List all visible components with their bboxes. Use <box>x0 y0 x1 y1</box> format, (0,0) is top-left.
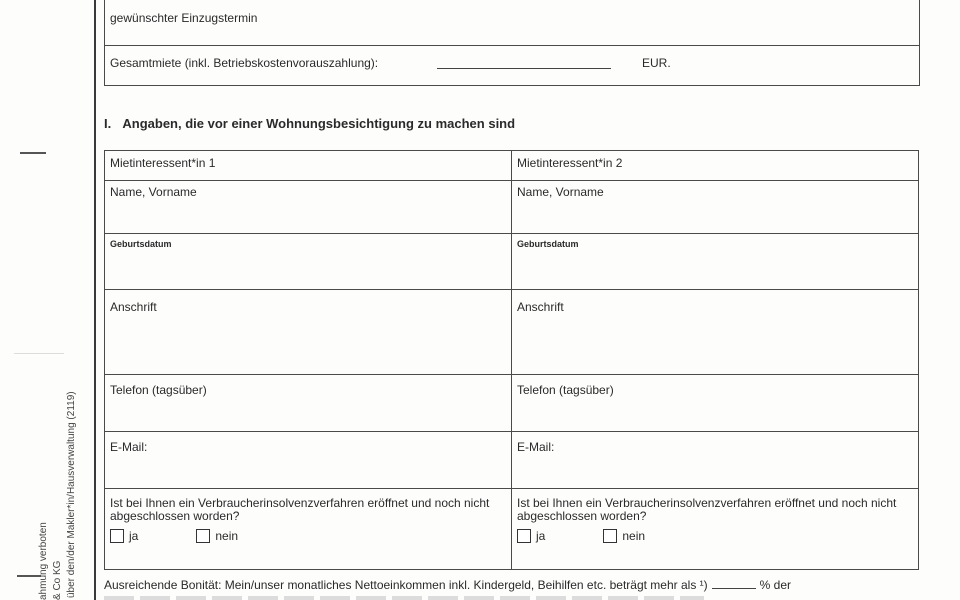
applicant-1-insolvency-cell: Ist bei Ihnen ein Verbraucherinsolvenzve… <box>105 489 512 570</box>
margin-note: ahmung verboten <box>38 522 49 600</box>
section-title: Angaben, die vor einer Wohnungsbesichtig… <box>122 116 515 131</box>
phone-label: Telefon (tagsüber) <box>110 383 207 397</box>
section-heading: I. Angaben, die vor einer Wohnungsbesich… <box>104 116 515 131</box>
applicant-2-email-field[interactable]: E-Mail: <box>512 432 919 489</box>
insolvency-yes-checkbox[interactable]: ja <box>110 529 138 543</box>
checkbox-icon[interactable] <box>603 529 617 543</box>
birthdate-label: Geburtsdatum <box>110 239 172 249</box>
name-label: Name, Vorname <box>517 185 604 199</box>
applicant-2-phone-field[interactable]: Telefon (tagsüber) <box>512 375 919 432</box>
total-rent-unit: EUR. <box>642 56 671 70</box>
yes-label: ja <box>536 530 545 543</box>
move-in-date-field[interactable]: gewünschter Einzugstermin <box>105 0 919 46</box>
section-number: I. <box>104 116 111 131</box>
margin-note: & Co KG <box>52 561 63 600</box>
cut-off-text-line <box>104 596 704 600</box>
insolvency-no-checkbox[interactable]: nein <box>603 529 645 543</box>
applicant-2-insolvency-cell: Ist bei Ihnen ein Verbraucherinsolvenzve… <box>512 489 919 570</box>
no-label: nein <box>215 530 238 543</box>
move-in-rent-box: gewünschter Einzugstermin Gesamtmiete (i… <box>104 0 920 86</box>
applicant-1-phone-field[interactable]: Telefon (tagsüber) <box>105 375 512 432</box>
email-label: E-Mail: <box>517 440 554 454</box>
creditworthiness-suffix: % der <box>760 578 791 592</box>
applicant-1-email-field[interactable]: E-Mail: <box>105 432 512 489</box>
applicant-1-address-field[interactable]: Anschrift <box>105 290 512 375</box>
margin-note: über den/der Makler*in/Hausverwaltung (2… <box>66 391 77 598</box>
total-rent-input[interactable] <box>437 68 611 69</box>
total-rent-row: Gesamtmiete (inkl. Betriebskostenvorausz… <box>105 46 919 84</box>
applicant-1-birthdate-field[interactable]: Geburtsdatum <box>105 234 512 290</box>
applicant-1-name-field[interactable]: Name, Vorname <box>105 181 512 234</box>
applicant-2-header: Mietinteressent*in 2 <box>512 151 919 181</box>
applicant-2-name-field[interactable]: Name, Vorname <box>512 181 919 234</box>
punch-mark <box>14 353 64 354</box>
address-label: Anschrift <box>517 300 564 314</box>
margin-rule <box>94 0 96 600</box>
income-percent-input[interactable] <box>712 588 756 589</box>
yes-label: ja <box>129 530 138 543</box>
insolvency-yes-checkbox[interactable]: ja <box>517 529 545 543</box>
applicant-table: Mietinteressent*in 1 Mietinteressent*in … <box>104 150 919 570</box>
checkbox-icon[interactable] <box>110 529 124 543</box>
no-label: nein <box>622 530 645 543</box>
applicant-2-birthdate-field[interactable]: Geburtsdatum <box>512 234 919 290</box>
phone-label: Telefon (tagsüber) <box>517 383 614 397</box>
address-label: Anschrift <box>110 300 157 314</box>
creditworthiness-text: Ausreichende Bonität: Mein/unser monatli… <box>104 578 708 592</box>
checkbox-icon[interactable] <box>517 529 531 543</box>
insolvency-no-checkbox[interactable]: nein <box>196 529 238 543</box>
email-label: E-Mail: <box>110 440 147 454</box>
creditworthiness-statement: Ausreichende Bonität: Mein/unser monatli… <box>104 578 791 592</box>
applicant-2-address-field[interactable]: Anschrift <box>512 290 919 375</box>
insolvency-question: Ist bei Ihnen ein Verbraucherinsolvenzve… <box>110 497 506 523</box>
name-label: Name, Vorname <box>110 185 197 199</box>
applicant-1-header: Mietinteressent*in 1 <box>105 151 512 181</box>
total-rent-label: Gesamtmiete (inkl. Betriebskostenvorausz… <box>110 56 378 70</box>
move-in-date-label: gewünschter Einzugstermin <box>110 11 257 25</box>
birthdate-label: Geburtsdatum <box>517 239 579 249</box>
checkbox-icon[interactable] <box>196 529 210 543</box>
insolvency-question: Ist bei Ihnen ein Verbraucherinsolvenzve… <box>517 497 913 523</box>
fold-mark <box>20 152 46 154</box>
